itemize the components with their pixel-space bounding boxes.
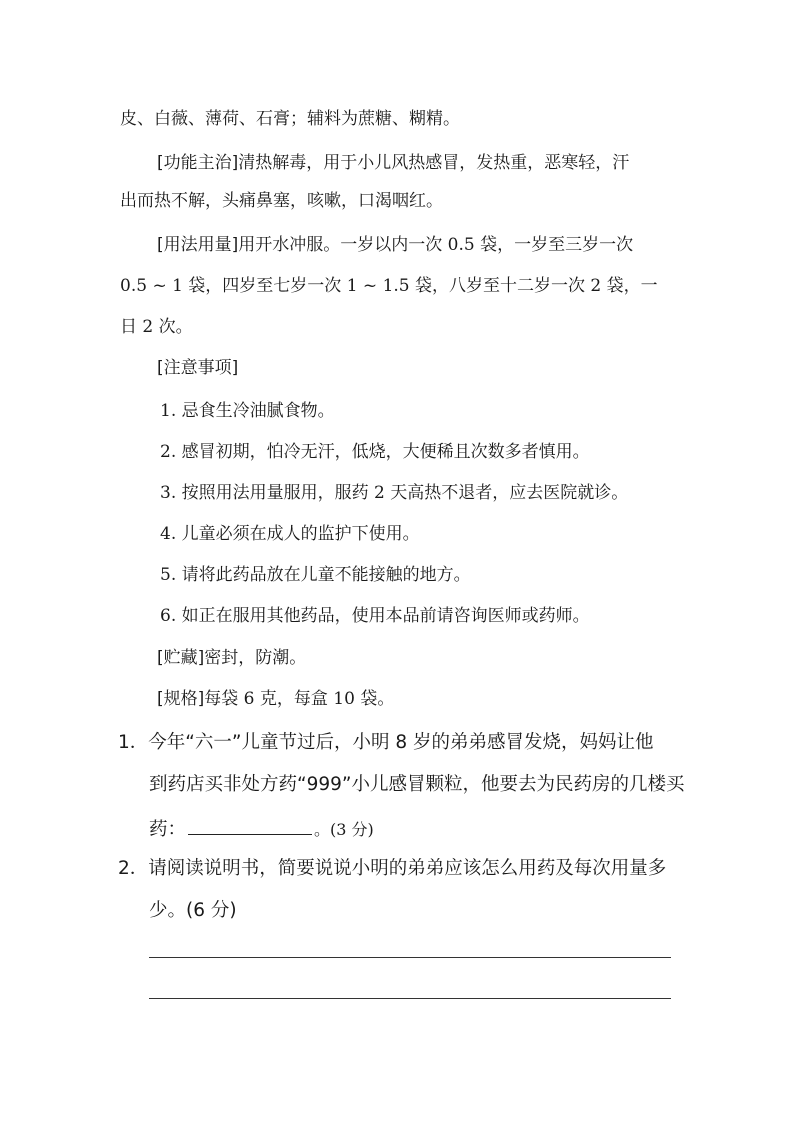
precaution-item: 1. 忌食生冷油腻食物。 bbox=[160, 400, 335, 422]
dosage-line2: 0.5 ~ 1 袋，四岁至七岁一次 1 ~ 1.5 袋，八岁至十二岁一次 2 袋… bbox=[120, 275, 658, 297]
storage-label: [贮藏] bbox=[157, 648, 204, 668]
dosage-line3: 日 2 次。 bbox=[120, 316, 193, 338]
question-2-number: 2． bbox=[118, 858, 148, 879]
question-2-line1: 2．请阅读说明书，简要说说小明的弟弟应该怎么用药及每次用量多 bbox=[118, 858, 666, 880]
precaution-item: 2. 感冒初期，怕冷无汗，低烧，大便稀且次数多者慎用。 bbox=[160, 441, 590, 463]
precautions-label: [注意事项] bbox=[157, 357, 238, 379]
dosage-label: [用法用量] bbox=[157, 235, 238, 255]
question-1-score: 。(3 分) bbox=[314, 820, 374, 839]
indications-text-1: 清热解毒，用于小儿风热感冒，发热重，恶寒轻，汗 bbox=[238, 153, 629, 173]
question-1-text-3: 药： bbox=[149, 819, 186, 840]
question-2-answer-line-1[interactable] bbox=[149, 957, 671, 958]
question-2-text-1: 请阅读说明书，简要说说小明的弟弟应该怎么用药及每次用量多 bbox=[148, 858, 666, 879]
question-2-answer-line-2[interactable] bbox=[149, 998, 671, 999]
precaution-item: 6. 如正在服用其他药品，使用本品前请咨询医师或药师。 bbox=[160, 605, 590, 627]
spec-label: [规格] bbox=[157, 689, 204, 709]
question-1-answer-blank[interactable] bbox=[188, 816, 312, 835]
question-1-line3: 药：。(3 分) bbox=[149, 816, 374, 841]
indications-line1: [功能主治]清热解毒，用于小儿风热感冒，发热重，恶寒轻，汗 bbox=[157, 152, 677, 174]
spec-line: [规格]每袋 6 克，每盒 10 袋。 bbox=[157, 688, 394, 710]
precaution-item: 4. 儿童必须在成人的监护下使用。 bbox=[160, 523, 420, 545]
storage-line: [贮藏]密封，防潮。 bbox=[157, 647, 306, 669]
question-1-line2: 到药店买非处方药“999”小儿感冒颗粒，他要去为民药房的几楼买 bbox=[149, 774, 684, 796]
ingredients-tail: 皮、白薇、薄荷、石膏；辅料为蔗糖、糊精。 bbox=[120, 108, 460, 130]
dosage-text-1: 用开水冲服。一岁以内一次 0.5 袋，一岁至三岁一次 bbox=[238, 235, 633, 255]
dosage-line1: [用法用量]用开水冲服。一岁以内一次 0.5 袋，一岁至三岁一次 bbox=[157, 234, 633, 256]
question-1-number: 1． bbox=[118, 732, 148, 753]
spec-text: 每袋 6 克，每盒 10 袋。 bbox=[204, 689, 394, 709]
precaution-item: 5. 请将此药品放在儿童不能接触的地方。 bbox=[160, 564, 471, 586]
indications-label: [功能主治] bbox=[157, 153, 238, 173]
question-1-text-1: 今年“六一”儿童节过后，小明 8 岁的弟弟感冒发烧，妈妈让他 bbox=[148, 732, 653, 753]
storage-text: 密封，防潮。 bbox=[204, 648, 306, 668]
precaution-item: 3. 按照用法用量服用，服药 2 天高热不退者，应去医院就诊。 bbox=[160, 482, 628, 504]
indications-line2: 出而热不解，头痛鼻塞，咳嗽，口渴咽红。 bbox=[120, 190, 443, 212]
question-2-line2: 少。(6 分) bbox=[149, 900, 237, 922]
question-1-line1: 1．今年“六一”儿童节过后，小明 8 岁的弟弟感冒发烧，妈妈让他 bbox=[118, 732, 653, 754]
